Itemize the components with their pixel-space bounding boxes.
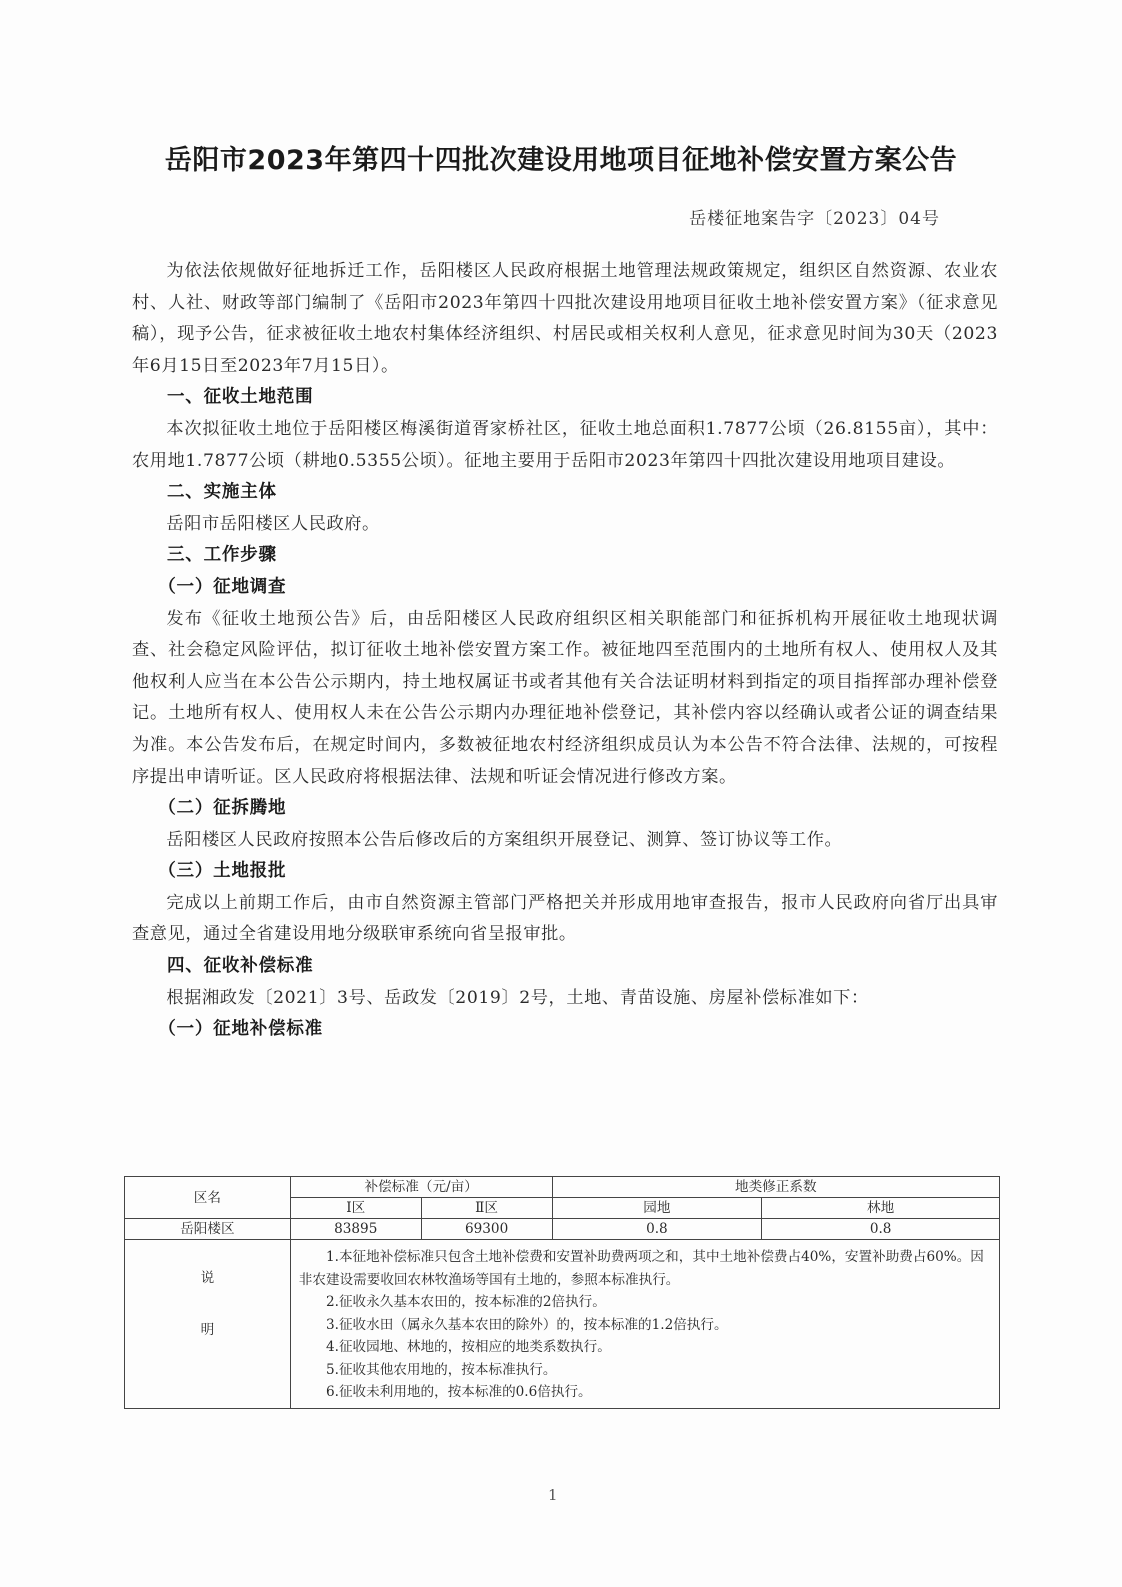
note-item: 6.征收未利用地的，按本标准的0.6倍执行。 <box>299 1381 993 1404</box>
table-header-row: 区名 补偿标准（元/亩） 地类修正系数 <box>125 1177 1000 1198</box>
notes-label-char-1: 说 <box>201 1268 215 1288</box>
document-body: 为依法依规做好征地拆迁工作，岳阳楼区人民政府根据土地管理法规政策规定，组织区自然… <box>132 256 998 1046</box>
header-garden: 园地 <box>552 1198 762 1219</box>
subsection-text-clearance: 岳阳楼区人民政府按照本公告后修改后的方案组织开展登记、测算、签订协议等工作。 <box>132 825 998 857</box>
subsection-heading-survey: （一）征地调查 <box>132 572 998 604</box>
section-text-standards: 根据湘政发〔2021〕3号、岳政发〔2019〕2号，土地、青苗设施、房屋补偿标准… <box>132 983 998 1015</box>
section-heading-standards: 四、征收补偿标准 <box>132 951 998 983</box>
note-item: 2.征收永久基本农田的，按本标准的2倍执行。 <box>299 1291 993 1314</box>
subsection-heading-approval: （三）土地报批 <box>132 856 998 888</box>
header-standard-group: 补偿标准（元/亩） <box>290 1177 552 1198</box>
notes-label-char-2: 明 <box>201 1320 215 1340</box>
cell-garden: 0.8 <box>552 1219 762 1240</box>
table-notes-row: 说 明 1.本征地补偿标准只包含土地补偿费和安置补助费两项之和，其中土地补偿费占… <box>125 1240 1000 1409</box>
cell-zone-2: 69300 <box>421 1219 552 1240</box>
document-title: 岳阳市2023年第四十四批次建设用地项目征地补偿安置方案公告 <box>120 138 1002 177</box>
note-item: 3.征收水田（属永久基本农田的除外）的，按本标准的1.2倍执行。 <box>299 1314 993 1337</box>
cell-zone-1: 83895 <box>290 1219 421 1240</box>
table-row: 岳阳楼区 83895 69300 0.8 0.8 <box>125 1219 1000 1240</box>
notes-cell: 1.本征地补偿标准只包含土地补偿费和安置补助费两项之和，其中土地补偿费占40%，… <box>290 1240 999 1409</box>
intro-paragraph: 为依法依规做好征地拆迁工作，岳阳楼区人民政府根据土地管理法规政策规定，组织区自然… <box>132 256 998 382</box>
section-text-scope: 本次拟征收土地位于岳阳楼区梅溪街道胥家桥社区，征收土地总面积1.7877公顷（2… <box>132 414 998 477</box>
header-forest: 林地 <box>762 1198 1000 1219</box>
cell-forest: 0.8 <box>762 1219 1000 1240</box>
subsection-heading-clearance: （二）征拆腾地 <box>132 793 998 825</box>
header-zone-2: Ⅱ区 <box>421 1198 552 1219</box>
note-item: 5.征收其他农用地的，按本标准执行。 <box>299 1359 993 1382</box>
cell-district: 岳阳楼区 <box>125 1219 291 1240</box>
subsection-text-survey: 发布《征收土地预公告》后，由岳阳楼区人民政府组织区相关职能部门和征拆机构开展征收… <box>132 604 998 794</box>
subsection-text-approval: 完成以上前期工作后，由市自然资源主管部门严格把关并形成用地审查报告，报市人民政府… <box>132 888 998 951</box>
notes-label-cell: 说 明 <box>125 1240 291 1409</box>
section-heading-scope: 一、征收土地范围 <box>132 382 998 414</box>
document-number: 岳楼征地案告字〔2023〕04号 <box>689 204 940 229</box>
header-coefficient-group: 地类修正系数 <box>552 1177 999 1198</box>
header-district-name: 区名 <box>125 1177 291 1219</box>
subsection-heading-land-compensation: （一）征地补偿标准 <box>132 1014 998 1046</box>
note-item: 1.本征地补偿标准只包含土地补偿费和安置补助费两项之和，其中土地补偿费占40%，… <box>299 1246 993 1291</box>
note-item: 4.征收园地、林地的，按相应的地类系数执行。 <box>299 1336 993 1359</box>
document-page: 岳阳市2023年第四十四批次建设用地项目征地补偿安置方案公告 岳楼征地案告字〔2… <box>0 0 1122 1587</box>
header-zone-1: Ⅰ区 <box>290 1198 421 1219</box>
compensation-table: 区名 补偿标准（元/亩） 地类修正系数 Ⅰ区 Ⅱ区 园地 林地 岳阳楼区 838… <box>124 1176 1000 1409</box>
section-heading-steps: 三、工作步骤 <box>132 540 998 572</box>
section-text-implementer: 岳阳市岳阳楼区人民政府。 <box>132 509 998 541</box>
section-heading-implementer: 二、实施主体 <box>132 477 998 509</box>
page-number: 1 <box>548 1486 558 1504</box>
